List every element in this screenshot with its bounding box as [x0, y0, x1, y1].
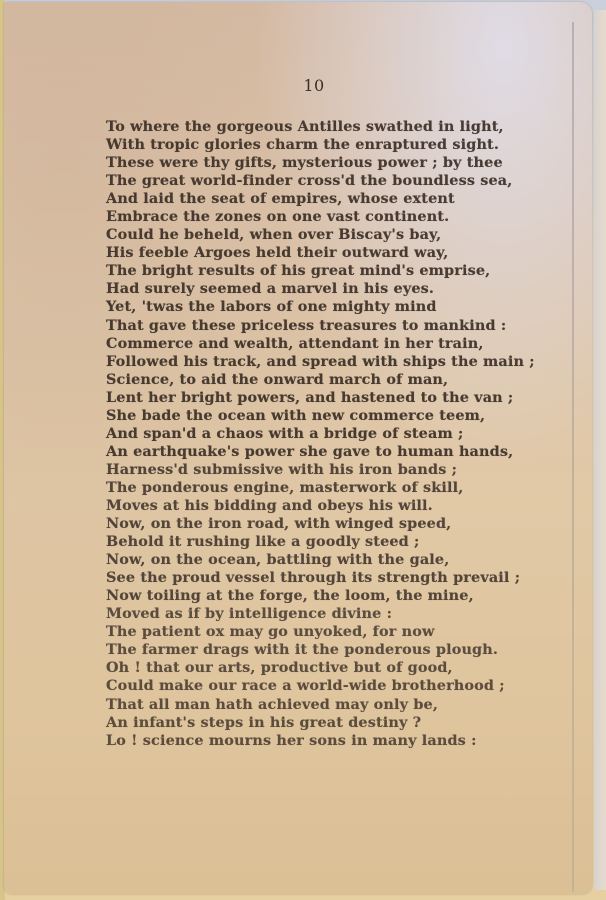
poem-line: Now, on the iron road, with winged speed…: [106, 515, 535, 533]
poem-text: To where the gorgeous Antilles swathed i…: [106, 118, 535, 750]
poem-line: Oh ! that our arts, productive but of go…: [106, 659, 535, 677]
next-page-edge: [594, 10, 606, 890]
poem-line: With tropic glories charm the enraptured…: [106, 136, 535, 154]
poem-line: Embrace the zones on one vast continent.: [106, 208, 535, 226]
poem-line: Now toiling at the forge, the loom, the …: [106, 587, 535, 605]
poem-line: Lo ! science mourns her sons in many lan…: [106, 732, 535, 750]
poem-line: See the proud vessel through its strengt…: [106, 569, 535, 587]
poem-line: Harness'd submissive with his iron bands…: [106, 461, 535, 479]
poem-line: Moves at his bidding and obeys his will.: [106, 497, 535, 515]
poem-line: The great world-finder cross'd the bound…: [106, 172, 535, 190]
poem-line: Commerce and wealth, attendant in her tr…: [106, 335, 535, 353]
poem-line: Had surely seemed a marvel in his eyes.: [106, 280, 535, 298]
poem-line: Followed his track, and spread with ship…: [106, 353, 535, 371]
poem-line: That all man hath achieved may only be,: [106, 696, 535, 714]
poem-line: His feeble Argoes held their outward way…: [106, 244, 535, 262]
poem-line: Science, to aid the onward march of man,: [106, 371, 535, 389]
poem-line: Lent her bright powers, and hastened to …: [106, 389, 535, 407]
poem-line: The bright results of his great mind's e…: [106, 262, 535, 280]
poem-line: And span'd a chaos with a bridge of stea…: [106, 425, 535, 443]
poem-line: That gave these priceless treasures to m…: [106, 317, 535, 335]
poem-line: To where the gorgeous Antilles swathed i…: [106, 118, 535, 136]
poem-line: Yet, 'twas the labors of one mighty mind: [106, 298, 535, 316]
poem-line: Moved as if by intelligence divine :: [106, 605, 535, 623]
poem-line: The ponderous engine, masterwork of skil…: [106, 479, 535, 497]
poem-line: The farmer drags with it the ponderous p…: [106, 641, 535, 659]
poem-line: Now, on the ocean, battling with the gal…: [106, 551, 535, 569]
poem-line: An infant's steps in his great destiny ?: [106, 714, 535, 732]
poem-line: Behold it rushing like a goodly steed ;: [106, 533, 535, 551]
poem-line: The patient ox may go unyoked, for now: [106, 623, 535, 641]
poem-line: Could make our race a world-wide brother…: [106, 677, 535, 695]
poem-line: An earthquake's power she gave to human …: [106, 443, 535, 461]
poem-line: These were thy gifts, mysterious power ;…: [106, 154, 535, 172]
poem-line: Could he beheld, when over Biscay's bay,: [106, 226, 535, 244]
poem-line: She bade the ocean with new commerce tee…: [106, 407, 535, 425]
page-fold-crease: [572, 22, 574, 892]
poem-line: And laid the seat of empires, whose exte…: [106, 190, 535, 208]
page-number: 10: [0, 76, 606, 95]
